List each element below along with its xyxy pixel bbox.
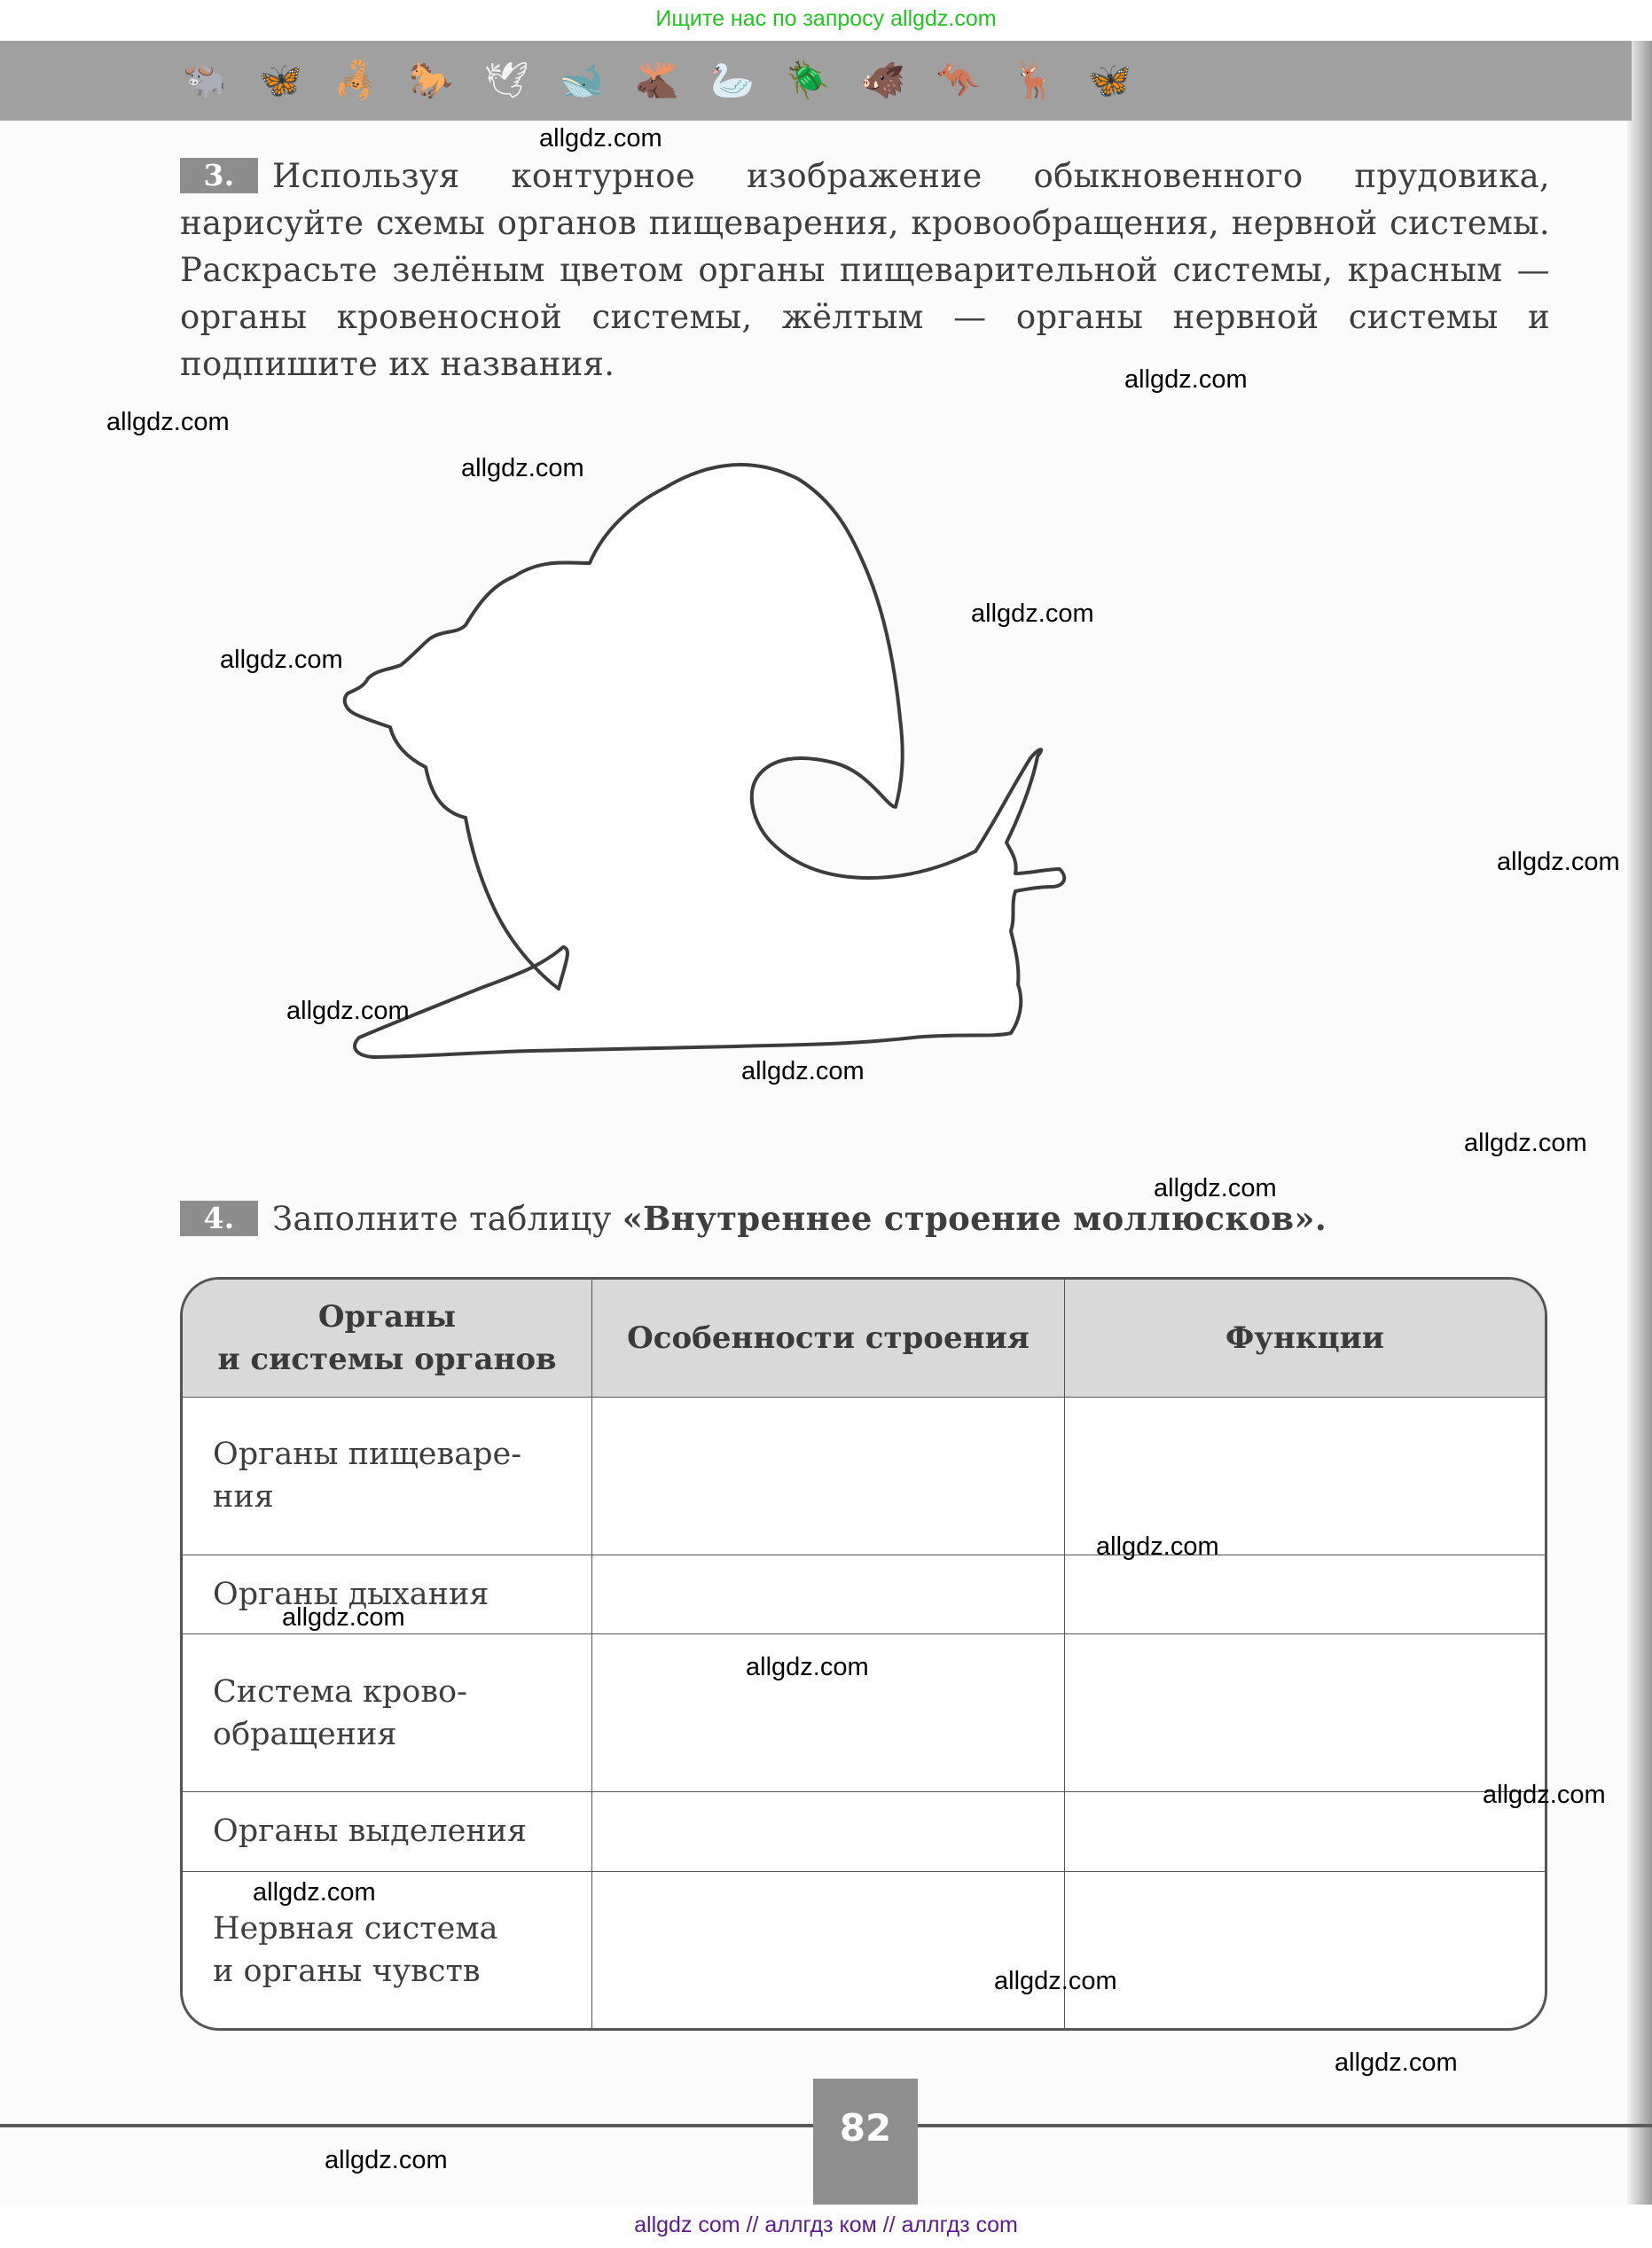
watermark[interactable]: allgdz.com — [106, 408, 230, 437]
heron-icon: 🦢 — [709, 60, 756, 101]
watermark[interactable]: allgdz.com — [253, 1878, 376, 1907]
watermark[interactable]: allgdz.com — [325, 2146, 448, 2175]
moose-icon: 🫎 — [634, 60, 680, 101]
watermark[interactable]: allgdz.com — [741, 1057, 865, 1086]
task-4-table-title: «Внутреннее строение моллюсков». — [622, 1199, 1327, 1238]
watermark[interactable]: allgdz.com — [539, 124, 662, 153]
whale-icon: 🐋 — [559, 60, 605, 101]
task-3-number: 3. — [180, 158, 258, 193]
boar-icon: 🐗 — [860, 60, 906, 101]
watermark[interactable]: allgdz.com — [1483, 1781, 1606, 1810]
butterfly-icon: 🦋 — [1086, 60, 1132, 101]
animal-header-strip: 🐃 🦋 🦂 🐎 🕊 🐋 🫎 🦢 🪲 🐗 🦘 🦌 🦋 — [0, 41, 1632, 121]
page-number: 82 — [813, 2079, 918, 2205]
functions-cell[interactable] — [1065, 1634, 1546, 1792]
organ-cell: Нервная система и органы чувств — [183, 1871, 592, 2028]
top-banner[interactable]: Ищите нас по запросу allgdz.com — [0, 0, 1652, 41]
bottom-banner[interactable]: allgdz com // аллгдз ком // аллгдз com — [0, 2205, 1652, 2248]
butterfly-icon: 🦋 — [257, 60, 303, 101]
watermark[interactable]: allgdz.com — [220, 646, 343, 675]
watermark[interactable]: allgdz.com — [461, 454, 584, 483]
horse-icon: 🐎 — [408, 60, 454, 101]
organ-cell: Система крово- обращения — [183, 1634, 592, 1792]
functions-cell[interactable] — [1065, 1555, 1546, 1634]
features-cell[interactable] — [592, 1398, 1065, 1555]
watermark[interactable]: allgdz.com — [1096, 1532, 1219, 1562]
task-4-text: Заполните таблицу — [272, 1200, 622, 1238]
organ-cell: Органы пищеваре- ния — [183, 1398, 592, 1555]
table-row: Нервная система и органы чувств — [183, 1871, 1545, 2028]
features-cell[interactable] — [592, 1555, 1065, 1634]
scorpion-icon: 🦂 — [333, 60, 379, 101]
table-row: Органы выделения — [183, 1792, 1545, 1872]
header-features: Особенности строения — [592, 1280, 1065, 1398]
pond-snail-outline — [337, 452, 1490, 1162]
table-row: Органы пищеваре- ния — [183, 1398, 1545, 1555]
header-organs: Органы и системы органов — [183, 1280, 592, 1398]
header-functions: Функции — [1065, 1280, 1546, 1398]
organ-cell: Органы выделения — [183, 1792, 592, 1872]
kangaroo-icon: 🦘 — [936, 60, 982, 101]
watermark[interactable]: allgdz.com — [286, 997, 410, 1026]
watermark[interactable]: allgdz.com — [1124, 365, 1248, 395]
functions-cell[interactable] — [1065, 1871, 1546, 2028]
bird-icon: 🕊 — [483, 60, 529, 101]
features-cell[interactable] — [592, 1792, 1065, 1872]
watermark[interactable]: allgdz.com — [971, 599, 1094, 629]
bison-icon: 🐃 — [182, 60, 228, 101]
functions-cell[interactable] — [1065, 1398, 1546, 1555]
watermark[interactable]: allgdz.com — [1154, 1174, 1277, 1203]
insect-icon: 🪲 — [785, 60, 831, 101]
task-4: 4.Заполните таблицу «Внутреннее строение… — [180, 1195, 1550, 1242]
task-3: 3.Используя контурное изображение обыкно… — [180, 153, 1550, 388]
watermark[interactable]: allgdz.com — [1335, 2048, 1458, 2078]
gazelle-icon: 🦌 — [1011, 60, 1057, 101]
watermark[interactable]: allgdz.com — [994, 1967, 1117, 1996]
watermark[interactable]: allgdz.com — [282, 1603, 405, 1633]
task-3-text: Используя контурное изображение обыкнове… — [180, 157, 1550, 383]
functions-cell[interactable] — [1065, 1792, 1546, 1872]
watermark[interactable]: allgdz.com — [1497, 848, 1620, 877]
features-cell[interactable] — [592, 1871, 1065, 2028]
page-binding-edge — [1627, 41, 1652, 2205]
watermark[interactable]: allgdz.com — [1464, 1129, 1587, 1158]
task-4-number: 4. — [180, 1201, 258, 1236]
watermark[interactable]: allgdz.com — [746, 1653, 869, 1682]
